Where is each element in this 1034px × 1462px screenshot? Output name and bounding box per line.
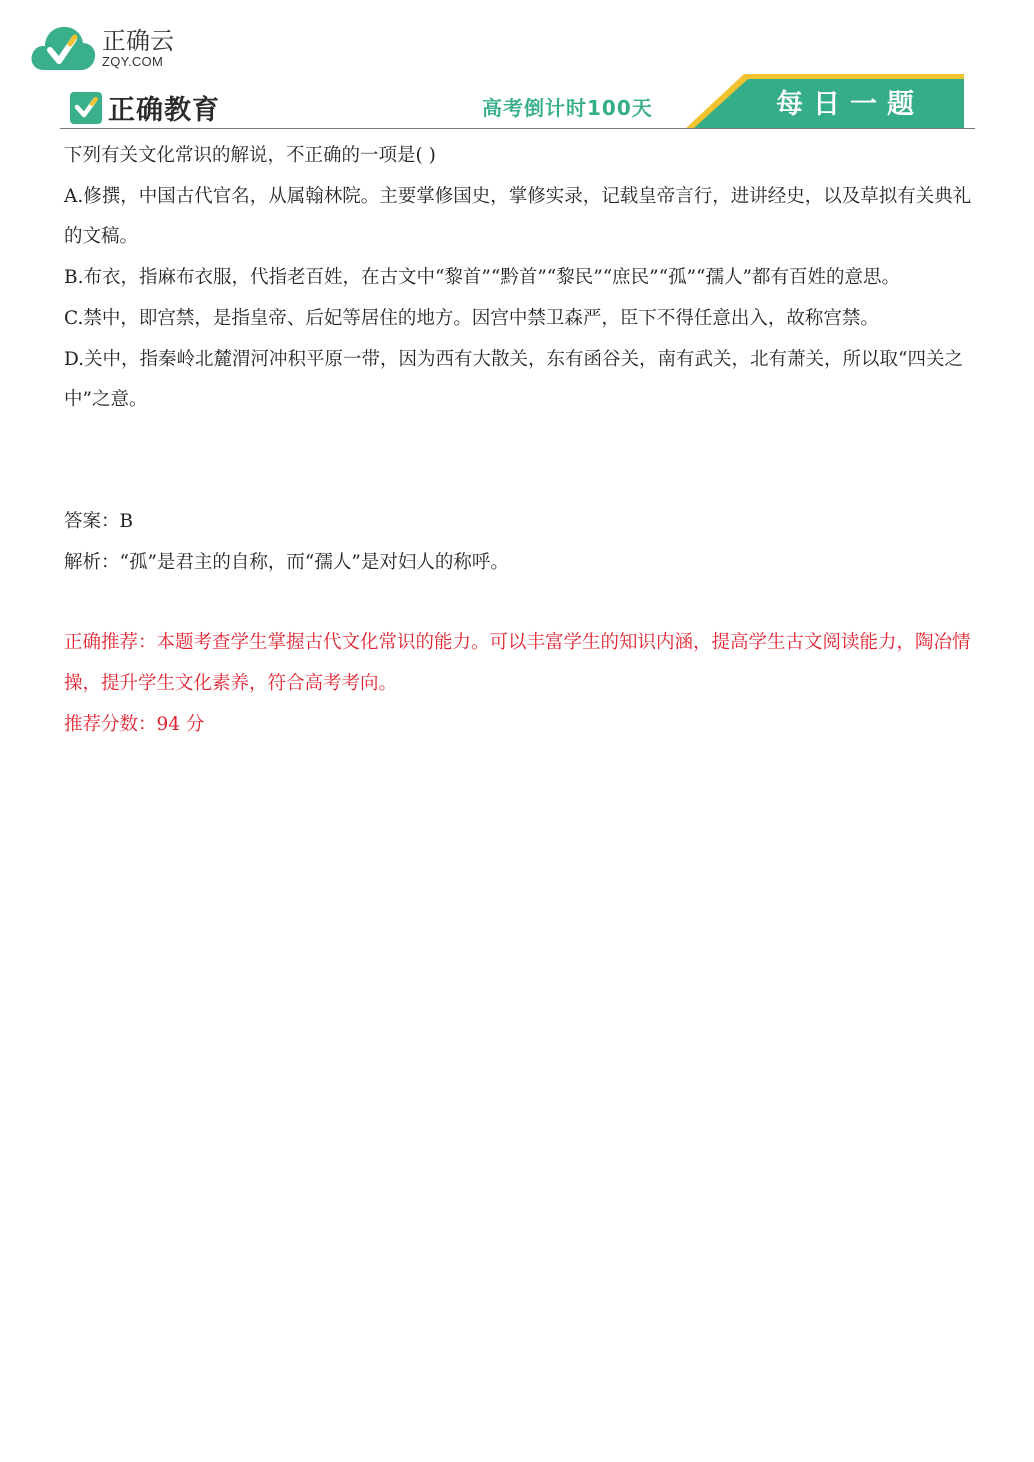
brand-name: 正确云 [102,29,174,53]
answer-text: 答案：B [64,502,974,543]
banner-title: 每日一题 [776,82,924,121]
check-square-icon [70,92,102,124]
recommendation-text: 正确推荐：本题考查学生掌握古代文化常识的能力。可以丰富学生的知识内涵，提高学生古… [64,623,974,704]
question-content: 下列有关文化常识的解说，不正确的一项是( ) A.修撰，中国古代官名，从属翰林院… [64,136,974,745]
daily-question-banner: 每日一题 [686,74,964,128]
spacer [64,421,974,502]
cloud-check-icon [30,24,96,72]
analysis-text: 解析：“孤”是君主的自称，而“孺人”是对妇人的称呼。 [64,543,974,584]
brand-domain: ZQY.COM [102,55,174,68]
option-a: A.修撰，中国古代官名，从属翰林院。主要掌修国史，掌修实录，记载皇帝言行，进讲经… [64,177,974,258]
option-d: D.关中，指秦岭北麓渭河冲积平原一带，因为西有大散关，东有函谷关，南有武关，北有… [64,340,974,421]
option-b: B.布衣，指麻布衣服，代指老百姓，在古文中“黎首”“黔首”“黎民”“庶民”“孤”… [64,258,974,299]
recommendation-score: 推荐分数：94 分 [64,705,974,746]
brand-logo: 正确云 ZQY.COM [30,24,174,72]
edu-name: 正确教育 [108,88,220,127]
page-header: 正确教育 高考倒计时100天 每日一题 [60,72,975,129]
edu-logo: 正确教育 [70,88,220,127]
spacer [64,583,974,623]
countdown-label: 高考倒计时100天 [482,92,653,121]
option-c: C.禁中，即宫禁，是指皇帝、后妃等居住的地方。因宫中禁卫森严，臣下不得任意出入，… [64,299,974,340]
question-stem: 下列有关文化常识的解说，不正确的一项是( ) [64,136,974,177]
